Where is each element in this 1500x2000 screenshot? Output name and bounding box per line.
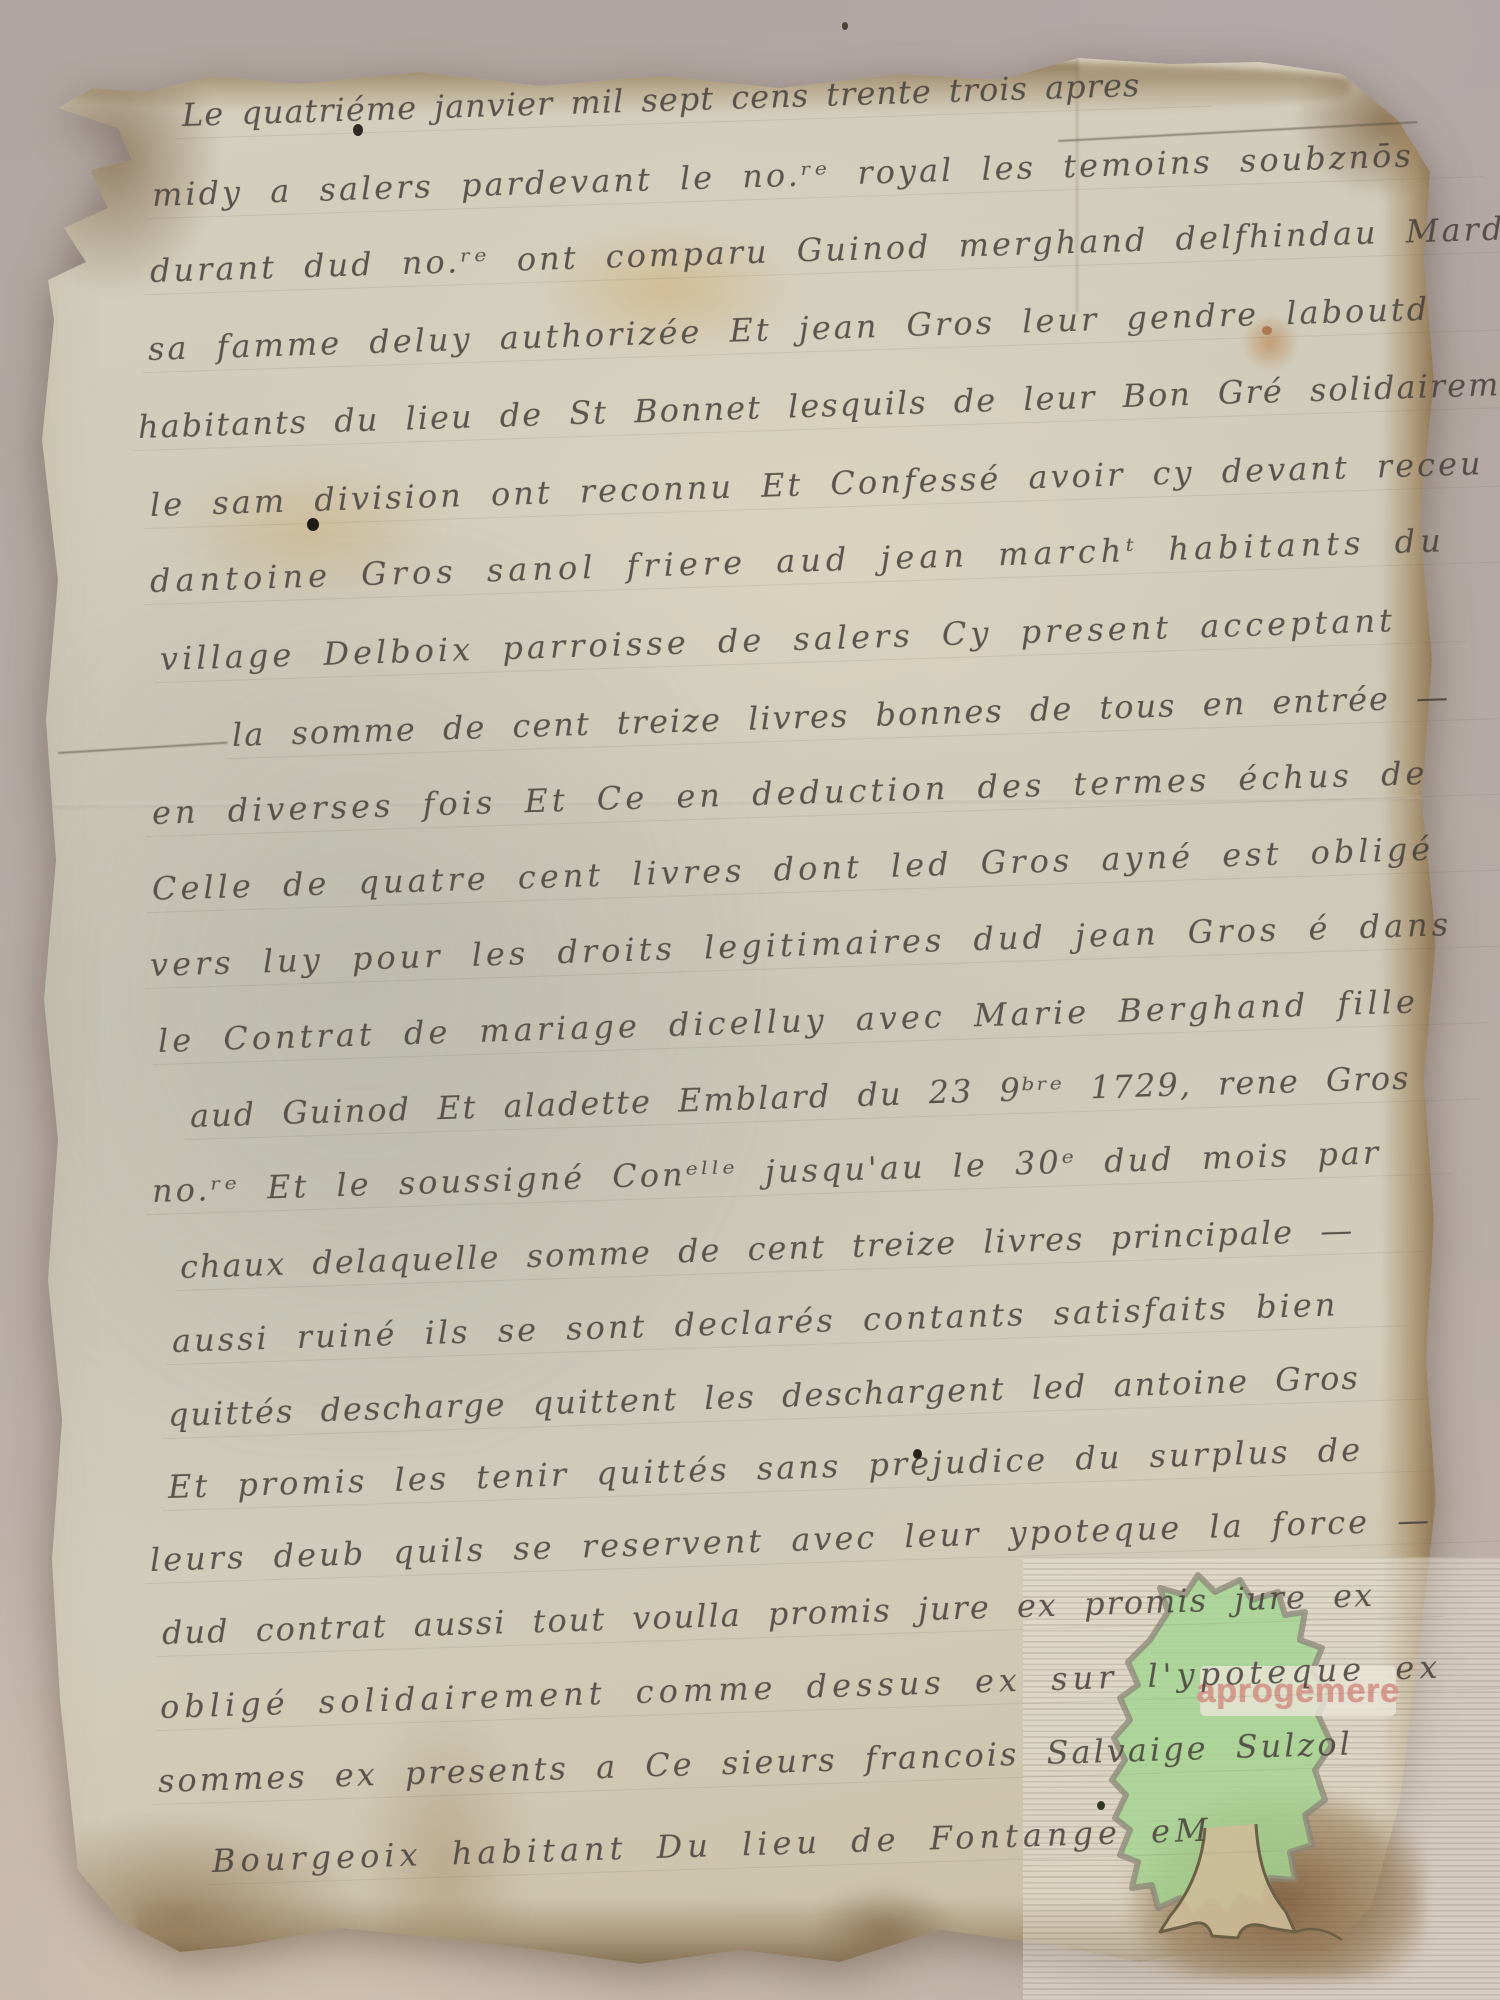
ink-speck (913, 1449, 922, 1459)
photo-of-manuscript: aprogemere Le quatriéme janvier mil sept… (0, 0, 1500, 2000)
ink-speck (353, 124, 363, 136)
ink-speck (842, 22, 848, 30)
ink-speck (307, 518, 319, 531)
tree-root-line (1295, 1929, 1342, 1940)
stain-bottom-mid (810, 1882, 960, 1977)
ink-speck (1097, 1801, 1105, 1810)
stain-bottom-streak (360, 1700, 530, 1940)
ink-speck (1262, 326, 1272, 335)
